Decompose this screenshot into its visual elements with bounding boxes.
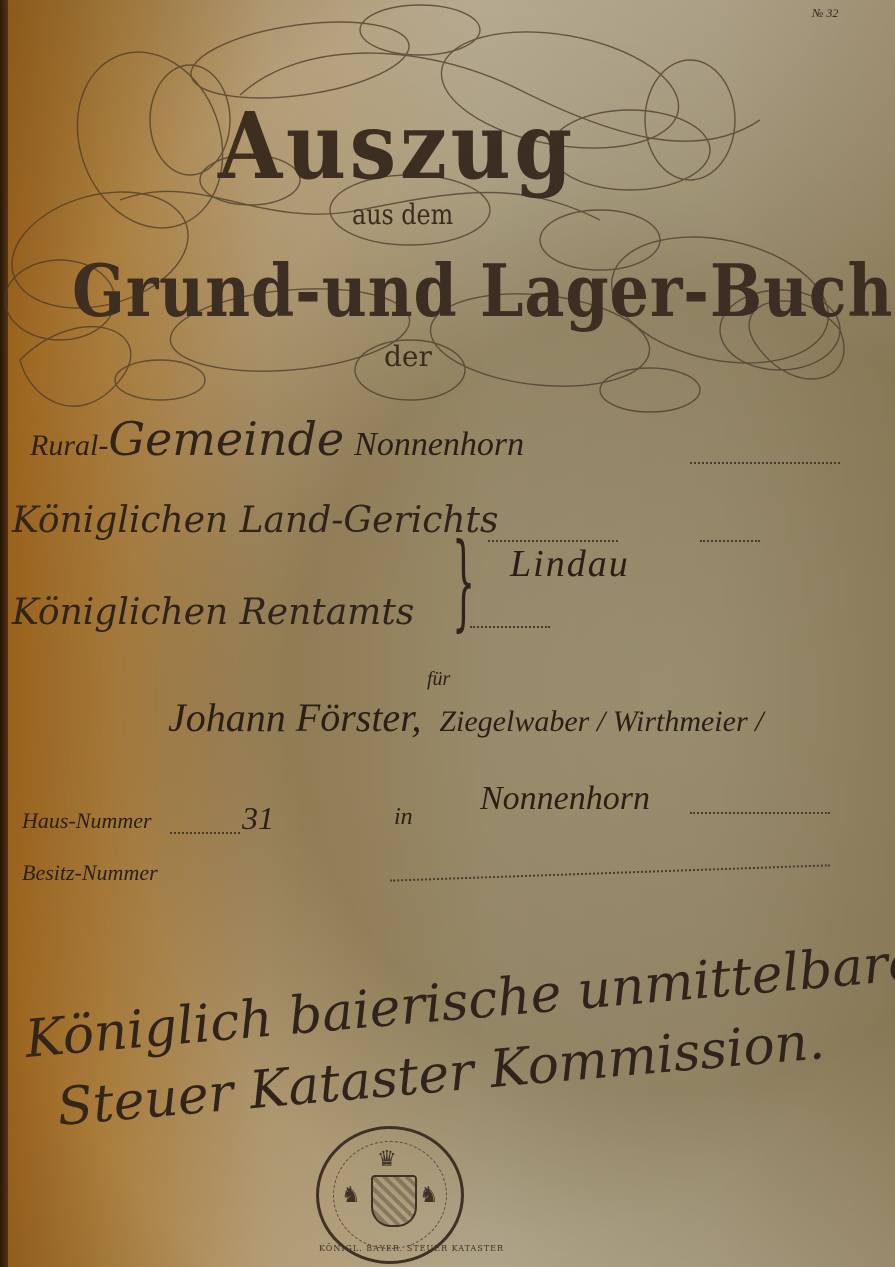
owner-occupation: Ziegelwaber / Wirthmeier / [439, 705, 763, 738]
coat-of-arms-icon [371, 1175, 417, 1227]
folio-number: № 32 [812, 6, 838, 21]
rentamt-label: Königlichen Rentamts [12, 592, 414, 633]
dotted-line [390, 864, 830, 881]
title-connector: aus dem [352, 198, 453, 231]
jurisdiction-value: Lindau [510, 542, 630, 586]
landgericht-label: Königlichen Land-Gerichts [12, 500, 499, 541]
owner-row: Johann Förster,Ziegelwaber / Wirthmeier … [168, 694, 763, 741]
besitz-number-label: Besitz-Nummer [22, 860, 158, 886]
gemeinde-prefix: Rural- [30, 429, 108, 462]
owner-name: Johann Förster, [168, 695, 421, 740]
dotted-line [170, 832, 240, 834]
gemeinde-value: Nonnenhorn [354, 426, 524, 463]
house-place-value: Nonnenhorn [480, 780, 650, 818]
house-number-value: 31 [242, 800, 274, 837]
owner-prefix: für [427, 668, 450, 691]
brace-icon: } [452, 520, 475, 642]
lion-supporter-icon: ♞ [341, 1183, 361, 1208]
official-seal: ♛ ♞ ♞ KÖNIGL. BAYER. STEUER KATASTER [316, 1126, 464, 1264]
title-article: der [384, 340, 432, 373]
dotted-line [690, 812, 830, 814]
dotted-line [690, 462, 840, 464]
register-title: Grund-und Lager-Buch [72, 248, 893, 333]
seal-legend: KÖNIGL. BAYER. STEUER KATASTER [319, 1244, 461, 1253]
crown-icon: ♛ [377, 1147, 397, 1172]
gemeinde-row: Rural-GemeindeNonnenhorn [30, 412, 524, 466]
lion-supporter-icon: ♞ [419, 1183, 439, 1208]
house-number-label: Haus-Nummer [22, 808, 152, 834]
dotted-line [470, 626, 550, 628]
dotted-line [700, 540, 760, 542]
gemeinde-label: Gemeinde [108, 412, 344, 466]
document-title: Auszug [218, 92, 576, 200]
house-connector: in [394, 804, 413, 831]
